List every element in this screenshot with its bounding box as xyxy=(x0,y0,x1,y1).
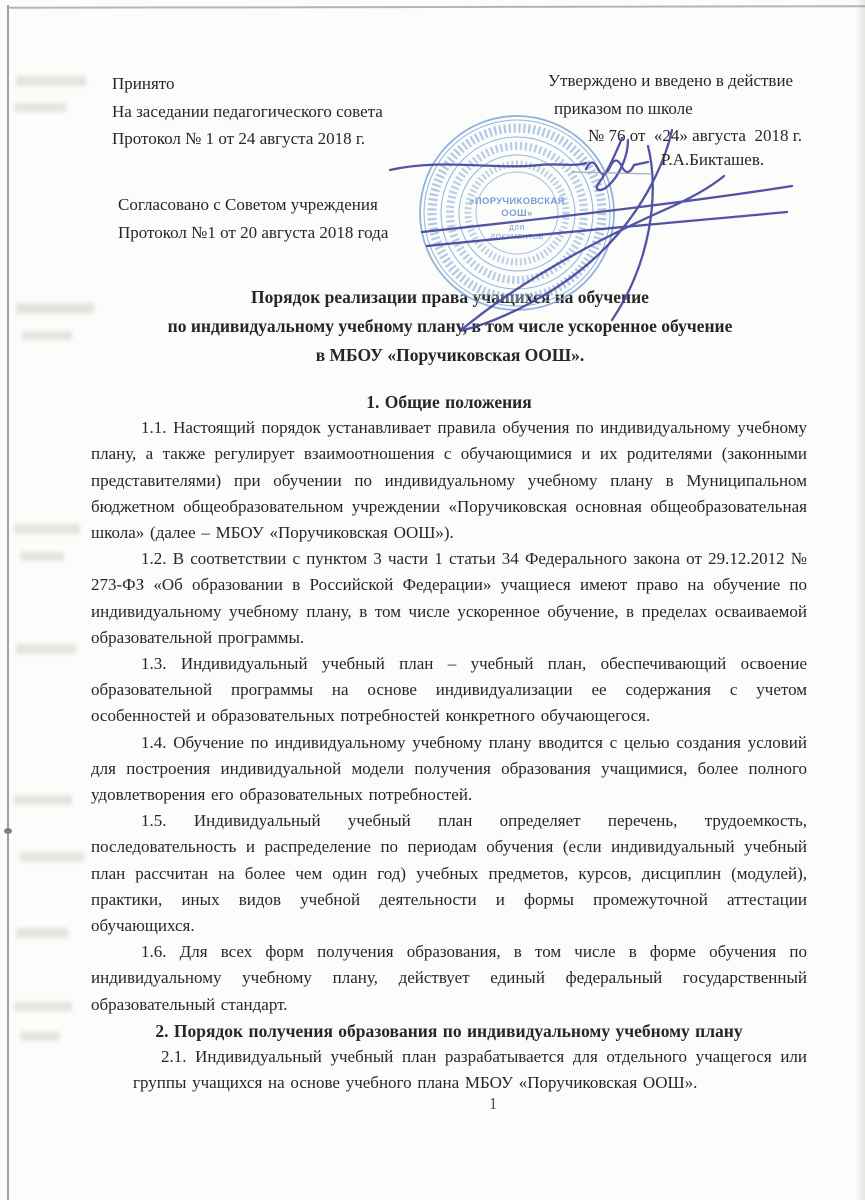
agreed-block: Согласовано с Советом учреждения Протоко… xyxy=(118,191,388,246)
scan-top-edge xyxy=(9,5,865,8)
bleed-through-artifact xyxy=(16,928,68,938)
scan-right-edge xyxy=(856,0,865,1200)
paragraph-1-2: 1.2. В соответствии с пунктом 3 части 1 … xyxy=(91,546,807,651)
bleed-through-artifact xyxy=(16,303,94,314)
paragraph-1-3: 1.3. Индивидуальный учебный план – учебн… xyxy=(91,651,807,730)
bleed-through-artifact xyxy=(20,852,84,862)
agreed-line: Согласовано с Советом учреждения xyxy=(118,191,388,219)
bleed-through-artifact xyxy=(16,644,76,654)
scan-left-edge xyxy=(7,5,9,1200)
paragraph-1-5: 1.5. Индивидуальный учебный план определ… xyxy=(91,808,807,939)
bleed-through-artifact xyxy=(20,552,64,561)
paragraph-1-1: 1.1. Настоящий порядок устанавливает пра… xyxy=(91,415,807,546)
paragraph-1-4: 1.4. Обучение по индивидуальному учебном… xyxy=(91,730,807,809)
bleed-through-artifact xyxy=(14,795,72,805)
approved-line: Утверждено и введено в действие xyxy=(548,67,802,95)
bleed-through-artifact xyxy=(14,103,66,112)
accepted-block: Принято На заседании педагогического сов… xyxy=(112,70,383,153)
section-1-heading: 1. Общие положения xyxy=(91,389,807,415)
bleed-through-artifact xyxy=(14,524,80,534)
paragraph-2-1: 2.1. Индивидуальный учебный план разраба… xyxy=(133,1044,807,1096)
paragraph-1-6: 1.6. Для всех форм получения образования… xyxy=(91,939,807,1018)
scanned-page: Принято На заседании педагогического сов… xyxy=(0,0,865,1200)
bleed-through-artifact xyxy=(22,331,72,340)
document-body: 1. Общие положения 1.1. Настоящий порядо… xyxy=(91,389,807,1096)
bleed-through-artifact xyxy=(16,76,86,86)
bleed-through-artifact xyxy=(20,1032,60,1041)
accepted-line: Протокол № 1 от 24 августа 2018 г. xyxy=(112,125,383,153)
bleed-through-artifact xyxy=(14,1002,72,1011)
page-number: 1 xyxy=(489,1094,497,1114)
signer-name: Р.А.Бикташев. xyxy=(661,150,764,170)
accepted-line: На заседании педагогического совета xyxy=(112,98,383,126)
agreed-line: Протокол №1 от 20 августа 2018 года xyxy=(118,219,388,247)
scan-speck xyxy=(4,828,12,834)
section-2-heading: 2. Порядок получения образования по инди… xyxy=(91,1018,807,1044)
accepted-line: Принято xyxy=(112,70,383,98)
